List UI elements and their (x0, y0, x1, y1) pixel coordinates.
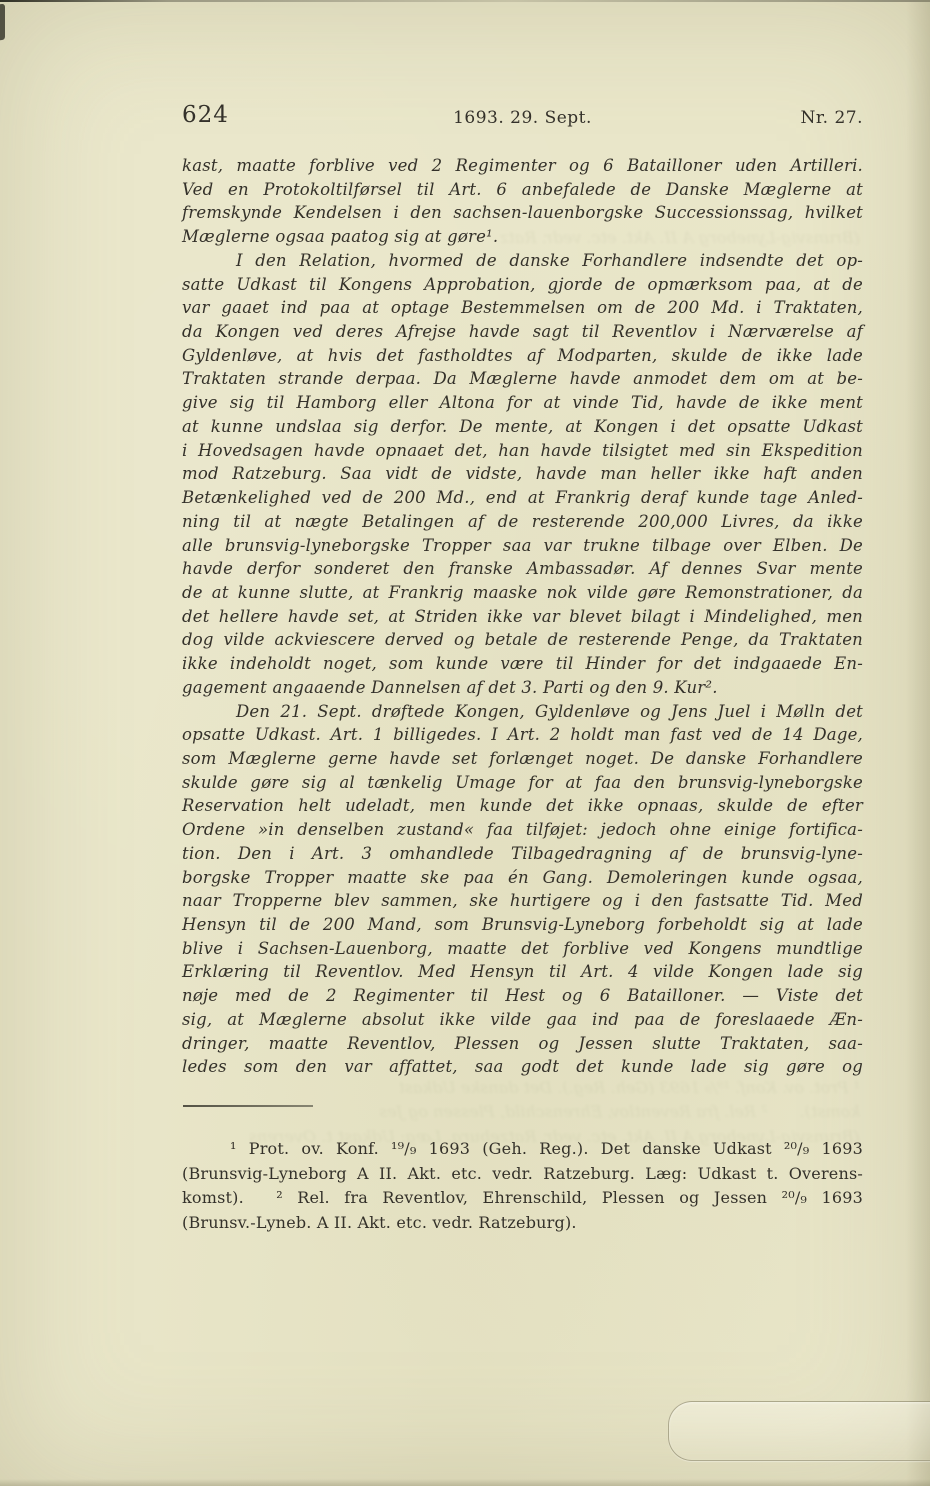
body-line: da Kongen ved deres Afrejse havde sagt t… (182, 320, 863, 344)
body-line: alle brunsvig-lyneborgske Tropper saa va… (182, 534, 863, 558)
header-date: 1693. 29. Sept. (182, 108, 863, 128)
book-page-scan: 624 1693. 29. Sept. Nr. 27. kast, maatte… (0, 0, 930, 1486)
body-line: ikke indeholdt noget, som kunde være til… (182, 652, 863, 676)
scan-edge-mark (0, 4, 5, 41)
body-line: dringer, maatte Reventlov, Plessen og Je… (182, 1032, 863, 1056)
body-line: Gyldenløve, at hvis det fastholdtes af M… (182, 344, 863, 368)
page-header: 624 1693. 29. Sept. Nr. 27. (182, 102, 863, 136)
body-line: nøje med de 2 Regimenter til Hest og 6 B… (182, 984, 863, 1008)
header-doc-number: Nr. 27. (801, 108, 863, 128)
body-line: fremskynde Kendelsen i den sachsen-lauen… (182, 201, 863, 225)
body-line: sig, at Mæglerne absolut ikke vilde gaa … (182, 1008, 863, 1032)
body-text: kast, maatte forblive ved 2 Regimenter o… (182, 154, 863, 1079)
body-line: naar Tropperne blev sammen, ske hurtiger… (182, 889, 863, 913)
body-line: at kunne undslaa sig derfor. De mente, a… (182, 415, 863, 439)
show-through-text: ¹ Prot. ov. Konf. ¹⁹/₉ 1693 (Geh. Reg.).… (400, 1078, 860, 1097)
scan-edge-bottom (0, 1479, 930, 1486)
body-line: i Hovedsagen havde opnaaet det, han havd… (182, 439, 863, 463)
show-through-text: komst). ² Rel. fra Reventlov, Ehrenschil… (380, 1102, 860, 1121)
body-line: som Mæglerne gerne havde set forlænget n… (182, 747, 863, 771)
body-line: ning til at nægte Betalingen af de reste… (182, 510, 863, 534)
body-line: Ved en Protokoltilførsel til Art. 6 anbe… (182, 178, 863, 202)
body-line: satte Udkast til Kongens Approbation, gj… (182, 273, 863, 297)
body-line: give sig til Hamborg eller Altona for at… (182, 391, 863, 415)
scan-edge-right (906, 0, 930, 1486)
emboss-rounded-rect (668, 1401, 930, 1461)
body-line: tion. Den i Art. 3 omhandlede Tilbagedra… (182, 842, 863, 866)
body-line: Den 21. Sept. drøftede Kongen, Gyldenløv… (182, 700, 863, 724)
footnote-line: (Brunsv.-Lyneb. A II. Akt. etc. vedr. Ra… (182, 1211, 863, 1236)
scan-edge-top (0, 0, 930, 2)
footnote-separator (183, 1105, 313, 1107)
body-line: var gaaet ind paa at optage Bestemmelsen… (182, 296, 863, 320)
body-line: mod Ratzeburg. Saa vidt de vidste, havde… (182, 462, 863, 486)
show-through-text: (Brunsvig-Lyneborg A II. Akt. etc. vedr.… (500, 228, 860, 247)
body-line: havde derfor sonderet den franske Ambass… (182, 557, 863, 581)
body-line: Hensyn til de 200 Mand, som Brunsvig-Lyn… (182, 913, 863, 937)
body-line: ledes som den var affattet, saa godt det… (182, 1055, 863, 1079)
body-line: Erklæring til Reventlov. Med Hensyn til … (182, 960, 863, 984)
body-line: opsatte Udkast. Art. 1 billigedes. I Art… (182, 723, 863, 747)
body-line: skulde gøre sig al tænkelig Umage for at… (182, 771, 863, 795)
body-line: borgske Tropper maatte ske paa én Gang. … (182, 866, 863, 890)
body-line: det hellere havde set, at Striden ikke v… (182, 605, 863, 629)
body-line: blive i Sachsen-Lauenborg, maatte det fo… (182, 937, 863, 961)
body-line: Reservation helt udeladt, men kunde det … (182, 794, 863, 818)
footnote-line: (Brunsvig-Lyneborg A II. Akt. etc. vedr.… (182, 1162, 863, 1187)
body-line: de at kunne slutte, at Frankrig maaske n… (182, 581, 863, 605)
body-line: I den Relation, hvormed de danske Forhan… (182, 249, 863, 273)
body-line: dog vilde ackviescere derved og betale d… (182, 628, 863, 652)
body-line: kast, maatte forblive ved 2 Regimenter o… (182, 154, 863, 178)
show-through-text: (Brunsvig-Lyneborg A II. Akt. etc. vedr.… (250, 1127, 860, 1146)
body-line: Betænkelighed ved de 200 Md., end at Fra… (182, 486, 863, 510)
body-line: Traktaten strande derpaa. Da Mæglerne ha… (182, 367, 863, 391)
footnotes: ¹ Prot. ov. Konf. ¹⁹/₉ 1693 (Geh. Reg.).… (182, 1137, 863, 1235)
body-line: Ordene »in denselben zustand« faa tilføj… (182, 818, 863, 842)
body-line: gagement angaaende Dannelsen af det 3. P… (182, 676, 863, 700)
footnote-line: komst). ² Rel. fra Reventlov, Ehrenschil… (182, 1186, 863, 1211)
